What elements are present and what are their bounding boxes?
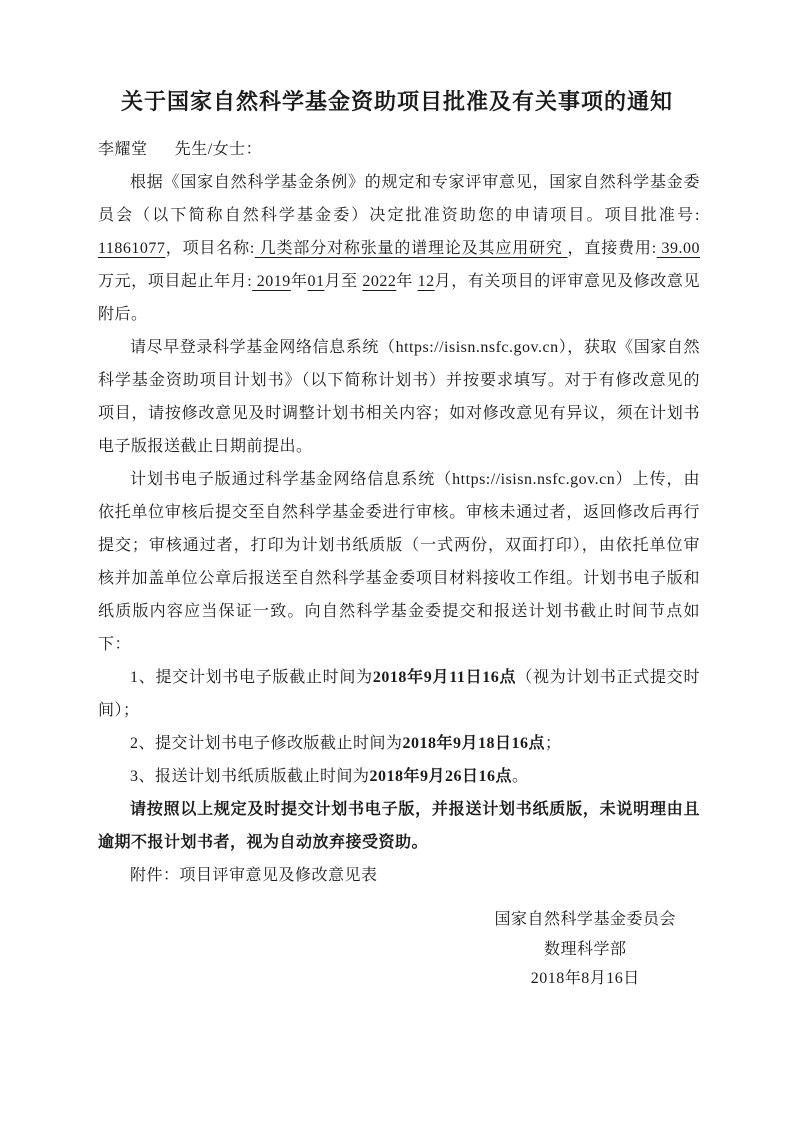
emphasized-text: 2018年9月11日16点: [373, 669, 516, 686]
text-segment: 1、提交计划书电子版截止时间为: [130, 669, 373, 686]
text-segment: 附件：项目评审意见及修改意见表: [130, 867, 378, 884]
salutation-line: 李耀堂先生/女士：: [98, 133, 700, 166]
emphasized-text: 2018年9月26日16点: [370, 768, 513, 785]
filled-field-text: 2019: [252, 273, 291, 290]
emphasized-text: 2018年9月18日16点: [403, 735, 546, 752]
attachment-line: 附件：项目评审意见及修改意见表: [98, 859, 700, 892]
approval-paragraph: 根据《国家自然科学基金条例》的规定和专家评审意见，国家自然科学基金委员会（以下简…: [98, 166, 700, 331]
recipient-name: 李耀堂: [98, 141, 148, 158]
login-instructions-paragraph: 请尽早登录科学基金网络信息系统（https://isisn.nsfc.gov.c…: [98, 331, 700, 463]
text-segment: 请按照以上规定及时提交计划书电子版，并报送计划书纸质版，未说明理由且逾期不报计划…: [98, 801, 700, 851]
text-segment: 月至: [324, 273, 362, 290]
text-segment: 2、提交计划书电子修改版截止时间为: [130, 735, 403, 752]
submission-process-paragraph: 计划书电子版通过科学基金网络信息系统（https://isisn.nsfc.go…: [98, 463, 700, 661]
text-segment: 计划书电子版通过科学基金网络信息系统（https://isisn.nsfc.go…: [98, 471, 700, 653]
document-title: 关于国家自然科学基金资助项目批准及有关事项的通知: [0, 0, 794, 118]
filled-field-text: 11861077: [98, 240, 165, 257]
text-segment: 3、报送计划书纸质版截止时间为: [130, 768, 370, 785]
deadline-item-2: 2、提交计划书电子修改版截止时间为2018年9月18日16点；: [98, 727, 700, 760]
warning-paragraph: 请按照以上规定及时提交计划书电子版，并报送计划书纸质版，未说明理由且逾期不报计划…: [98, 793, 700, 859]
text-segment: ，直接费用:: [568, 240, 657, 257]
signature-dept: 数理科学部: [494, 935, 676, 965]
text-segment: 年: [396, 273, 417, 290]
filled-field-text: 39.00: [657, 240, 700, 257]
filled-field-text: 2022: [362, 273, 396, 290]
filled-field-text: 12: [418, 273, 435, 290]
text-segment: 根据《国家自然科学基金条例》的规定和专家评审意见，国家自然科学基金委员会（以下简…: [98, 174, 700, 224]
deadline-item-1: 1、提交计划书电子版截止时间为2018年9月11日16点（视为计划书正式提交时间…: [98, 661, 700, 727]
document-body: 李耀堂先生/女士： 根据《国家自然科学基金条例》的规定和专家评审意见，国家自然科…: [98, 133, 700, 892]
text-segment: 。: [512, 768, 529, 785]
text-segment: 请尽早登录科学基金网络信息系统（https://isisn.nsfc.gov.c…: [98, 339, 700, 455]
deadline-item-3: 3、报送计划书纸质版截止时间为2018年9月26日16点。: [98, 760, 700, 793]
text-segment: ，项目名称:: [165, 240, 254, 257]
signature-block: 国家自然科学基金委员会 数理科学部 2018年8月16日: [494, 905, 676, 994]
recipient-honorific: 先生/女士：: [175, 141, 262, 158]
signature-date: 2018年8月16日: [494, 964, 676, 994]
text-segment: ；: [545, 735, 562, 752]
notification-document: 关于国家自然科学基金资助项目批准及有关事项的通知 李耀堂先生/女士： 根据《国家…: [0, 0, 794, 1123]
filled-field-text: 01: [307, 273, 324, 290]
text-segment: 万元，项目起止年月:: [98, 273, 252, 290]
filled-field-text: 几类部分对称张量的谱理论及其应用研究: [255, 240, 568, 257]
signature-org: 国家自然科学基金委员会: [494, 905, 676, 935]
text-segment: 年: [291, 273, 308, 290]
